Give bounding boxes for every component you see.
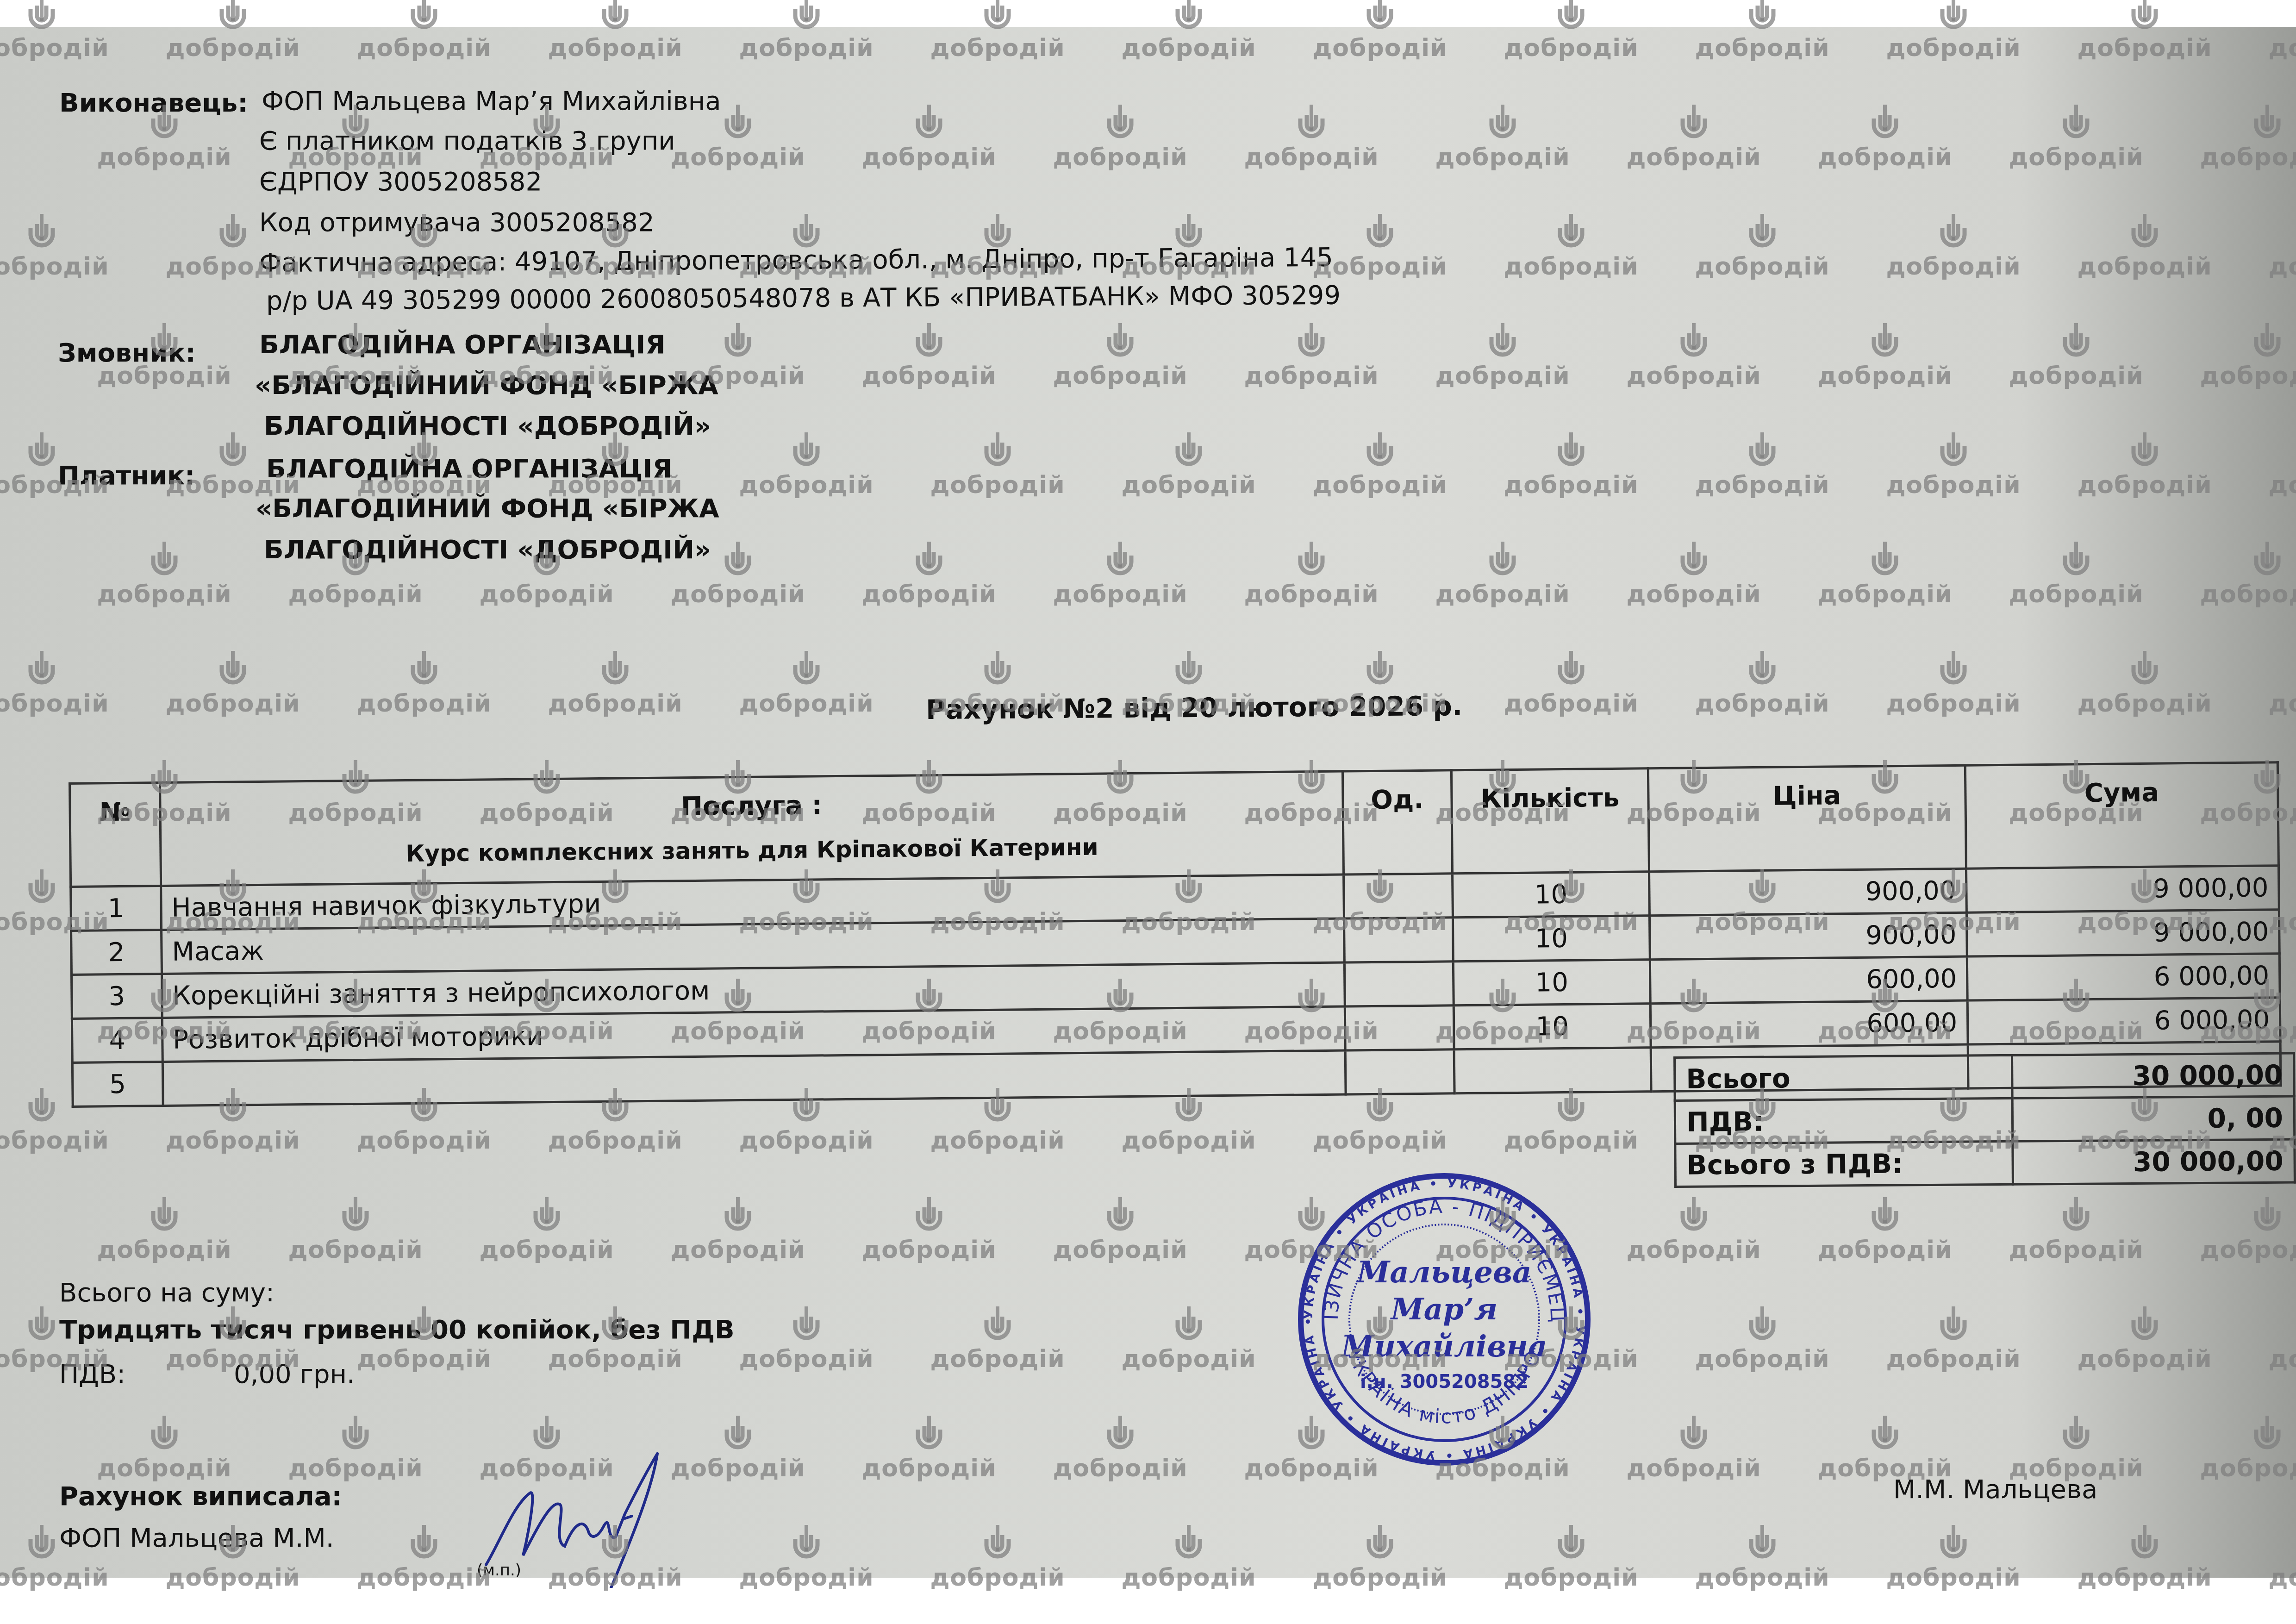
row-price: 600,00 <box>1650 1000 1968 1048</box>
header-unit: Од. <box>1342 770 1452 874</box>
row-price: 900,00 <box>1649 912 1967 960</box>
contractor-recipient-code: Код отримувача 3005208582 <box>259 207 655 237</box>
row-sum: 9 000,00 <box>1966 866 2279 912</box>
payer-line-2: «БЛАГОДІЙНИЙ ФОНД «БІРЖА <box>256 493 719 524</box>
header-num: № <box>70 783 161 887</box>
customer-label: Змовник: <box>58 338 196 368</box>
header-sum: Сума <box>1965 762 2278 868</box>
svg-text:Мар’я: Мар’я <box>1390 1292 1497 1327</box>
header-service: Послуга : Курс комплексних занять для Кр… <box>160 771 1344 886</box>
summary-vat-label: ПДВ: <box>59 1359 125 1389</box>
row-num: 3 <box>71 974 162 1019</box>
summary-vat-value: 0,00 грн. <box>234 1359 355 1389</box>
row-num: 2 <box>71 930 162 975</box>
row-qty: 10 <box>1453 872 1650 918</box>
totals-row: Всього з ПДВ: 30 000,00 <box>1675 1139 2295 1187</box>
row-unit <box>1344 918 1453 962</box>
svg-text:і.н. 3005208582: і.н. 3005208582 <box>1360 1371 1529 1393</box>
payer-label: Платник: <box>58 461 195 491</box>
customer-line-2: «БЛАГОДІЙНИЙ ФОНД «БІРЖА <box>255 370 718 400</box>
contractor-edrpou: ЄДРПОУ 3005208582 <box>259 167 542 197</box>
total-with-vat-value: 30 000,00 <box>2013 1139 2295 1184</box>
service-subtitle: Курс комплексних занять для Кріпакової К… <box>171 831 1333 869</box>
contractor-name: ФОП Мальцева Мар’я Михайлівна <box>262 86 721 116</box>
row-qty: 10 <box>1454 1004 1651 1049</box>
customer-line-1: БЛАГОДІЙНА ОРГАНІЗАЦІЯ <box>259 330 666 360</box>
row-sum: 9 000,00 <box>1966 910 2279 956</box>
row-num: 1 <box>71 886 162 931</box>
row-unit <box>1344 962 1454 1006</box>
row-sum: 6 000,00 <box>1967 954 2280 1000</box>
svg-text:Михайлівна: Михайлівна <box>1341 1329 1547 1364</box>
totals-row: Всього 30 000,00 <box>1675 1053 2295 1100</box>
contractor-tax-group: Є платником податків 3 групи <box>259 126 675 156</box>
vat-value: 0, 00 <box>2012 1096 2295 1141</box>
total-with-vat-label: Всього з ПДВ: <box>1675 1141 2013 1187</box>
row-num: 4 <box>72 1018 162 1063</box>
row-qty: 10 <box>1453 960 1650 1006</box>
signature-name: М.М. Мальцева <box>1893 1474 2097 1505</box>
customer-line-3: БЛАГОДІЙНОСТІ «ДОБРОДІЙ» <box>264 411 711 441</box>
contractor-label: Виконавець: <box>59 88 248 118</box>
row-qty: 10 <box>1453 916 1650 962</box>
payer-line-3: БЛАГОДІЙНОСТІ «ДОБРОДІЙ» <box>264 535 711 565</box>
row-price: 600,00 <box>1650 956 1967 1004</box>
invoice-title: Рахунок №2 від 20 лютого 2026 р. <box>926 690 1462 725</box>
header-qty: Кількість <box>1451 768 1649 874</box>
totals-row: ПДВ: 0, 00 <box>1675 1096 2295 1143</box>
row-num: 5 <box>72 1062 163 1107</box>
row-unit <box>1345 1049 1454 1094</box>
vat-label: ПДВ: <box>1675 1098 2013 1143</box>
bottom-margin <box>0 1578 2296 1624</box>
row-qty <box>1454 1048 1651 1093</box>
issued-by-label: Рахунок виписала: <box>59 1481 342 1512</box>
payer-line-1: БЛАГОДІЙНА ОРГАНІЗАЦІЯ <box>266 454 673 484</box>
header-price: Ціна <box>1648 765 1966 872</box>
row-unit <box>1345 1006 1454 1050</box>
row-price: 900,00 <box>1649 868 1967 916</box>
total-label: Всього <box>1675 1055 2013 1100</box>
amount-in-words: Тридцять тисяч гривень 00 копійок, без П… <box>59 1315 735 1345</box>
totals-table: Всього 30 000,00 ПДВ: 0, 00 Всього з ПДВ… <box>1673 1052 2296 1188</box>
summary-label: Всього на суму: <box>59 1278 275 1308</box>
company-stamp: УКРАЇНА • УКРАЇНА • УКРАЇНА • УКРАЇНА • … <box>1291 1167 1597 1472</box>
total-value: 30 000,00 <box>2012 1053 2294 1098</box>
svg-text:Мальцева: Мальцева <box>1356 1255 1532 1290</box>
handwritten-signature <box>472 1449 731 1588</box>
contractor-bank-account: р/р UA 49 305299 00000 26008050548078 в … <box>266 281 1341 316</box>
row-unit <box>1344 874 1453 918</box>
row-sum: 6 000,00 <box>1967 998 2280 1044</box>
contractor-address: Фактична адреса: 49107, Дніпропетровська… <box>259 243 1333 278</box>
table-header-row: № Послуга : Курс комплексних занять для … <box>70 762 2279 887</box>
issued-by-name: ФОП Мальцева М.М. <box>59 1523 334 1553</box>
